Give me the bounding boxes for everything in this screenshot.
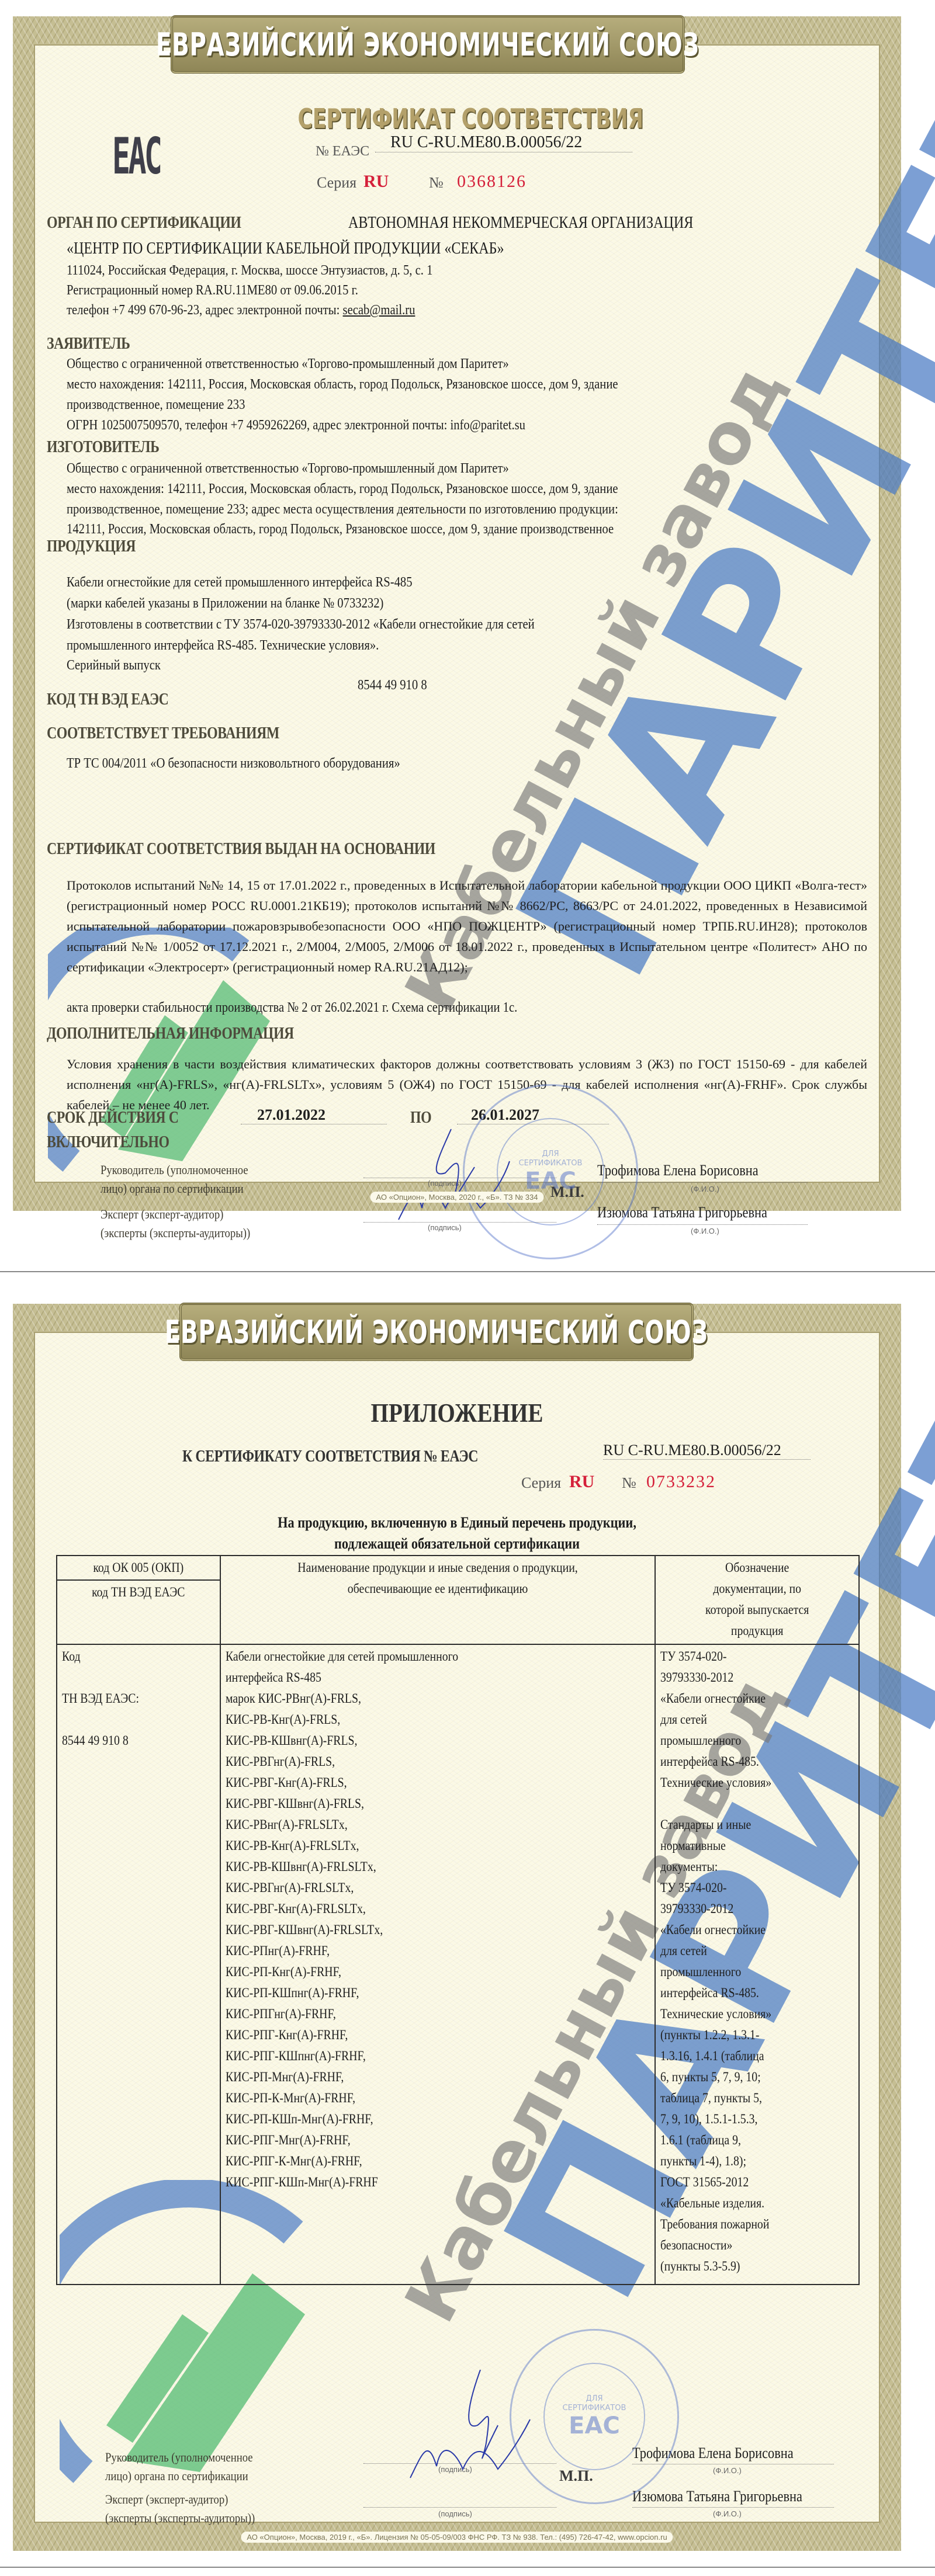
series-value: RU [569, 1472, 594, 1492]
head-label: лицо) органа по сертификации [105, 2467, 248, 2485]
product-line: интерфейса RS-485 [226, 1667, 590, 1688]
union-banner: ЕВРАЗИЙСКИЙ ЭКОНОМИЧЕСКИЙ СОЮЗ [179, 1303, 694, 1361]
code-line: ТН ВЭД ЕАЭС: [62, 1688, 193, 1709]
series-label: Серия [521, 1474, 561, 1492]
header-tn-ved: код ТН ВЭД ЕАЭС [57, 1580, 220, 1644]
product-line: КИС-РПГ-К-Мнг(А)-FRHF, [226, 2151, 590, 2172]
applicant-line: ОГРН 1025007509570, телефон +7 495926226… [67, 415, 525, 436]
heading-manufacturer: ИЗГОТОВИТЕЛЬ [47, 438, 159, 457]
page-separator [0, 2567, 935, 2568]
series-value: RU [363, 172, 389, 192]
product-line: КИС-РВ-КШвнг(А)-FRLSLTx, [226, 1856, 590, 1877]
doc-line: 7, 9, 10), 1.5.1-1.5.3, [660, 2109, 827, 2130]
product-line: КИС-РПГ-КШп-Мнг(А)-FRHF [226, 2172, 590, 2193]
tn-ved-code: 8544 49 910 8 [358, 675, 427, 696]
header-product-name: Наименование продукции и иные сведения о… [220, 1556, 655, 1644]
product-line: КИС-РВГ-КШвнг(А)-FRLSLTx, [226, 1919, 590, 1940]
page-separator [0, 1271, 935, 1272]
cell-products: Кабели огнестойкие для сетей промышленно… [220, 1644, 655, 2285]
cert-body-type: АВТОНОМНАЯ НЕКОММЕРЧЕСКАЯ ОРГАНИЗАЦИЯ [348, 213, 693, 233]
doc-line: промышленного [660, 1961, 827, 1983]
product-line: КИС-РВ-КШвнг(А)-FRLS, [226, 1730, 590, 1751]
union-banner: ЕВРАЗИЙСКИЙ ЭКОНОМИЧЕСКИЙ СОЮЗ [171, 15, 685, 74]
appendix-subtitle: подлежащей обязательной сертификации [75, 1535, 839, 1553]
product-line: марок КИС-РВнг(А)-FRLS, [226, 1688, 590, 1709]
code-line [62, 1667, 193, 1688]
cert-body-registration: Регистрационный номер RA.RU.11ME80 от 09… [67, 280, 358, 301]
blank-number: 0368126 [457, 172, 527, 192]
doc-line: документы: [660, 1856, 827, 1877]
appendix-subtitle: На продукцию, включенную в Единый перече… [75, 1514, 839, 1532]
manufacturer-line: место нахождения: 142111, Россия, Москов… [67, 479, 618, 499]
expert-label: Эксперт (эксперт-аудитор) [101, 1206, 223, 1223]
doc-line: Стандарты и иные [660, 1814, 827, 1835]
certificate-page: ЕВРАЗИЙСКИЙ ЭКОНОМИЧЕСКИЙ СОЮЗ ПАРИТЕТ К… [13, 16, 901, 1211]
header-okp: код ОК 005 (ОКП) [57, 1556, 220, 1580]
product-line: КИС-РП-КШпнг(А)-FRHF, [226, 1983, 590, 2004]
product-line: КИС-РП-КШп-Мнг(А)-FRHF, [226, 2109, 590, 2130]
fio-caption: (Ф.И.О.) [713, 2509, 742, 2518]
heading-additional: ДОПОЛНИТЕЛЬНАЯ ИНФОРМАЦИЯ [47, 1025, 294, 1043]
certificate-number: RU C-RU.ME80.B.00056/22 [375, 133, 632, 152]
fio-caption: (Ф.И.О.) [713, 2466, 742, 2475]
expert-label: (эксперты (эксперты-аудиторы)) [101, 1224, 250, 1242]
doc-line: ГОСТ 31565-2012 [660, 2172, 827, 2193]
doc-line: «Кабельные изделия. [660, 2193, 827, 2214]
product-line: КИС-РВГ-Кнг(А)-FRLS, [226, 1772, 590, 1793]
product-line: КИС-РВ-Кнг(А)-FRLS, [226, 1709, 590, 1730]
blank-number-label: № [622, 1474, 636, 1492]
doc-line: 39793330-2012 [660, 1898, 827, 1919]
products-table: код ОК 005 (ОКП) Наименование продукции … [56, 1555, 860, 2285]
doc-line: (пункты 5.3-5.9) [660, 2256, 827, 2277]
appendix-title: ПРИЛОЖЕНИЕ [79, 1397, 834, 1428]
applicant-line: Общество с ограниченной ответственностью… [67, 354, 509, 374]
series-label: Серия [317, 174, 356, 192]
header-documentation: Обозначение документации, по которой вып… [655, 1556, 859, 1644]
product-line: КИС-РП-К-Мнг(А)-FRHF, [226, 2088, 590, 2109]
product-line: КИС-РП-Кнг(А)-FRHF, [226, 1961, 590, 1983]
product-line: КИС-РПГ-КШпнг(А)-FRHF, [226, 2046, 590, 2067]
fio-caption: (Ф.И.О.) [691, 1227, 719, 1235]
cert-body-address: 111024, Российская Федерация, г. Москва,… [67, 261, 432, 281]
blank-number: 0733232 [646, 1472, 716, 1492]
heading-product: ПРОДУКЦИЯ [47, 537, 136, 556]
doc-line: промышленного [660, 1730, 827, 1751]
basis-text: Протоколов испытаний №№ 14, 15 от 17.01.… [67, 875, 867, 977]
conforms-regulation: ТР ТС 004/2011 «О безопасности низковоль… [67, 754, 400, 774]
product-line: КИС-РП-Мнг(А)-FRHF, [226, 2067, 590, 2088]
table-row: Код ТН ВЭД ЕАЭС: 8544 49 910 8 Кабели ог… [57, 1644, 859, 2285]
doc-line [660, 1793, 827, 1814]
validity-to-label: ПО [410, 1109, 431, 1127]
product-line: Кабели огнестойкие для сетей промышленно… [67, 572, 413, 593]
doc-line: для сетей [660, 1709, 827, 1730]
cell-code: Код ТН ВЭД ЕАЭС: 8544 49 910 8 [57, 1644, 220, 2285]
signature-icon [404, 2367, 545, 2484]
signature-caption: (подпись) [438, 2509, 472, 2518]
product-line: КИС-РВнг(А)-FRLSLTx, [226, 1814, 590, 1835]
expert-name: Изюмова Татьяна Григорьевна [632, 2486, 802, 2506]
doc-line: 1.3.16, 1.4.1 (таблица [660, 2046, 827, 2067]
product-line: Кабели огнестойкие для сетей промышленно… [226, 1646, 590, 1667]
doc-line: ТУ 3574-020- [660, 1877, 827, 1898]
product-line: КИС-РПГ-Мнг(А)-FRHF, [226, 2130, 590, 2151]
manufacturer-line: 142111, Россия, Московская область, горо… [67, 519, 614, 540]
doc-line: интерфейса RS-485. [660, 1751, 827, 1772]
expert-label: Эксперт (эксперт-аудитор) [105, 2491, 228, 2508]
fio-caption: (Ф.И.О.) [691, 1185, 719, 1193]
doc-line: пункты 1-4), 1.8); [660, 2151, 827, 2172]
doc-line: 39793330-2012 [660, 1667, 827, 1688]
printer-imprint: АО «Опцион», Москва, 2019 г., «Б». Лицен… [241, 2532, 673, 2543]
head-label: лицо) органа по сертификации [101, 1180, 244, 1197]
appendix-ref-label: К СЕРТИФИКАТУ СООТВЕТСТВИЯ № ЕАЭС [182, 1447, 478, 1466]
signature-icon [393, 1126, 521, 1225]
doc-line: нормативные [660, 1835, 827, 1856]
doc-line: Технические условия» [660, 1772, 827, 1793]
doc-line: интерфейса RS-485. [660, 1983, 827, 2004]
expert-label: (эксперты (эксперты-аудиторы)) [105, 2509, 255, 2527]
cert-body-contacts: телефон +7 499 670-96-23, адрес электрон… [67, 300, 415, 321]
heading-basis: СЕРТИФИКАТ СООТВЕТСТВИЯ ВЫДАН НА ОСНОВАН… [47, 840, 435, 859]
product-line: КИС-РВГ-Кнг(А)-FRLSLTx, [226, 1898, 590, 1919]
applicant-line: производственное, помещение 233 [67, 395, 245, 415]
doc-line: «Кабели огнестойкие [660, 1688, 827, 1709]
printer-imprint: АО «Опцион», Москва, 2020 г., «Б». ТЗ № … [370, 1192, 544, 1203]
heading-tn-ved: КОД ТН ВЭД ЕАЭС [47, 690, 168, 709]
cert-body-name: «ЦЕНТР ПО СЕРТИФИКАЦИИ КАБЕЛЬНОЙ ПРОДУКЦ… [67, 238, 504, 259]
head-label: Руководитель (уполномоченное [105, 2449, 253, 2466]
product-line: КИС-РПГ-Кнг(А)-FRHF, [226, 2025, 590, 2046]
eac-logo: ЕАС [112, 127, 160, 186]
validity-from-label: СРОК ДЕЙСТВИЯ С [47, 1109, 178, 1127]
product-line: (марки кабелей указаны в Приложении на б… [67, 593, 383, 614]
doc-line: Требования пожарной [660, 2214, 827, 2235]
cert-body-email-link[interactable]: secab@mail.ru [343, 303, 415, 318]
eaeu-number-label: № ЕАЭС [316, 144, 369, 159]
appendix-ref-number: RU C-RU.ME80.B.00056/22 [603, 1442, 811, 1460]
product-line: КИС-РВ-Кнг(А)-FRLSLTx, [226, 1835, 590, 1856]
doc-line: ТУ 3574-020- [660, 1646, 827, 1667]
product-line: КИС-РВГнг(А)-FRLSLTx, [226, 1877, 590, 1898]
appendix-page: ЕВРАЗИЙСКИЙ ЭКОНОМИЧЕСКИЙ СОЮЗ ПАРИТЕТ К… [13, 1304, 901, 2551]
doc-line: Технические условия» [660, 2004, 827, 2025]
validity-from-date: 27.01.2022 [241, 1106, 387, 1124]
cell-documentation: ТУ 3574-020-39793330-2012«Кабели огнесто… [655, 1644, 859, 2285]
product-line: КИС-РПГнг(А)-FRHF, [226, 2004, 590, 2025]
doc-line: безопасности» [660, 2235, 827, 2256]
code-line: Код [62, 1646, 193, 1667]
product-line: промышленного интерфейса RS-485. Техниче… [67, 636, 379, 656]
doc-line: (пункты 1.2.2, 1.3.1- [660, 2025, 827, 2046]
product-line: КИС-РПнг(А)-FRHF, [226, 1940, 590, 1961]
doc-line: таблица 7, пункты 5, [660, 2088, 827, 2109]
heading-certification-body: ОРГАН ПО СЕРТИФИКАЦИИ [47, 214, 241, 232]
manufacturer-line: Общество с ограниченной ответственностью… [67, 459, 509, 479]
product-line: Изготовлены в соответствии с ТУ 3574-020… [67, 615, 535, 635]
basis-text-2: акта проверки стабильности производства … [67, 998, 517, 1018]
doc-line: 1.6.1 (таблица 9, [660, 2130, 827, 2151]
applicant-line: место нахождения: 142111, Россия, Москов… [67, 374, 618, 395]
doc-line: «Кабели огнестойкие [660, 1919, 827, 1940]
certificate-title: СЕРТИФИКАТ СООТВЕТСТВИЯ [298, 103, 605, 134]
code-line [62, 1709, 193, 1730]
heading-applicant: ЗАЯВИТЕЛЬ [47, 335, 130, 353]
heading-conforms: СООТВЕТСТВУЕТ ТРЕБОВАНИЯМ [47, 724, 279, 743]
product-line: КИС-РВГнг(А)-FRLS, [226, 1751, 590, 1772]
manufacturer-line: производственное, помещение 233; адрес м… [67, 499, 618, 520]
product-line: КИС-РВГ-КШвнг(А)-FRLS, [226, 1793, 590, 1814]
table-header-row: код ОК 005 (ОКП) Наименование продукции … [57, 1556, 859, 1580]
code-line: 8544 49 910 8 [62, 1730, 193, 1751]
validity-inclusive: ВКЛЮЧИТЕЛЬНО [47, 1133, 169, 1152]
blank-number-label: № [429, 174, 444, 192]
product-line: Серийный выпуск [67, 655, 161, 676]
head-label: Руководитель (уполномоченное [101, 1161, 248, 1179]
doc-line: для сетей [660, 1940, 827, 1961]
doc-line: 6, пункты 5, 7, 9, 10; [660, 2067, 827, 2088]
